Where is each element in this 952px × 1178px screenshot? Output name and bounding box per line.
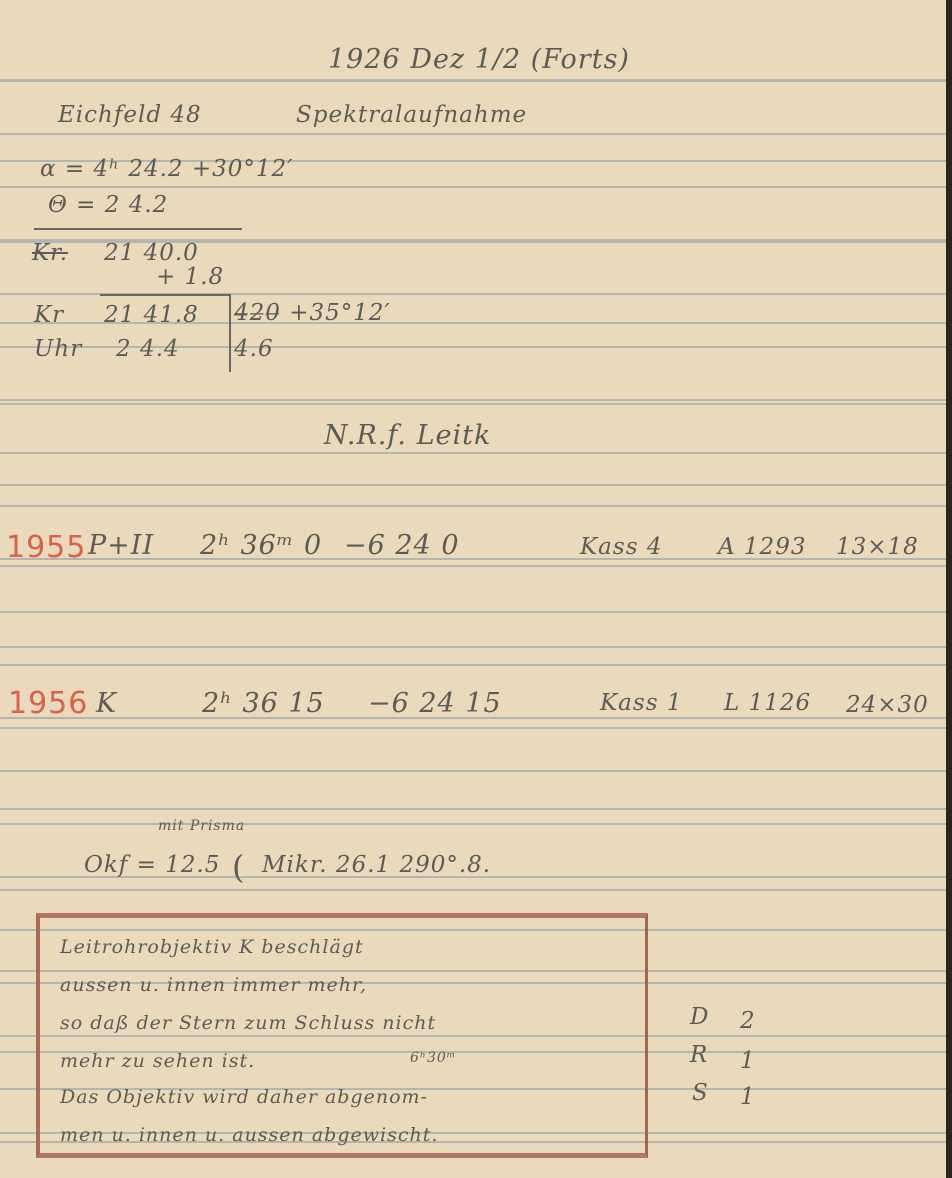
ruled-line — [0, 664, 946, 666]
rating-value: 2 — [740, 1008, 756, 1034]
calc-row-1-add: + 1.8 — [156, 264, 224, 290]
ruled-line — [0, 452, 946, 454]
field-name: Eichfeld 48 — [58, 102, 202, 128]
rating-label: R — [690, 1042, 708, 1068]
uhr-label: Uhr — [34, 336, 82, 362]
entry-plate: A 1293 — [718, 534, 806, 560]
date-heading: 1926 Dez 1/2 (Forts) — [328, 44, 630, 75]
notebook-page: 1926 Dez 1/2 (Forts) Eichfeld 48 Spektra… — [0, 0, 946, 1178]
bracket-mark: ( — [232, 848, 245, 886]
page-edge — [946, 0, 952, 1178]
kr-label: Kr — [34, 302, 64, 328]
entry-ra: 2ʰ 36ᵐ 0 — [200, 530, 322, 561]
entry-cassette: Kass 1 — [600, 690, 682, 716]
note-time-insert: 6ʰ30ᵐ — [410, 1050, 456, 1066]
uhr-side-value: 4.6 — [234, 336, 274, 362]
ruled-line — [0, 611, 946, 613]
sum-underline-2 — [100, 294, 230, 296]
micrometer-reading: Mikr. 26.1 290°.8. — [262, 852, 491, 878]
rating-label: S — [692, 1080, 709, 1106]
section-title: N.R.f. Leitk — [324, 420, 491, 451]
entry-ra: 2ʰ 36 15 — [202, 688, 325, 719]
uhr-values: 2 4.4 — [116, 336, 180, 362]
ruled-line — [0, 186, 946, 188]
note-line: Das Objektiv wird daher abgenom- — [60, 1086, 428, 1108]
field-title: Spektralaufnahme — [296, 102, 527, 128]
calc-row-1: 21 40.0 — [104, 240, 199, 266]
prism-note: mit Prisma — [158, 818, 245, 834]
entry-plate-size: 24×30 — [846, 692, 929, 718]
entry-cassette: Kass 4 — [580, 534, 662, 560]
ruled-line — [0, 80, 946, 82]
entry-object: K — [96, 688, 117, 719]
alpha-coordinates: α = 4ʰ 24.2 +30°12′ — [40, 156, 293, 182]
entry-object: P+II — [88, 530, 154, 561]
okular-focal: Okf = 12.5 — [84, 852, 220, 878]
note-line: aussen u. innen immer mehr, — [60, 974, 367, 996]
ruled-line — [0, 770, 946, 772]
note-line: men u. innen u. aussen abgewischt. — [60, 1124, 438, 1146]
sum-underline — [34, 228, 242, 230]
struck-label: Kr. — [32, 240, 68, 266]
rating-value: 1 — [740, 1048, 756, 1074]
note-line: so daß der Stern zum Schluss nicht — [60, 1012, 436, 1034]
note-line: mehr zu sehen ist. — [60, 1050, 255, 1072]
ruled-line — [0, 133, 946, 135]
ruled-line — [0, 399, 946, 401]
entry-dec: −6 24 15 — [368, 688, 502, 719]
rating-label: D — [690, 1004, 709, 1030]
note-line: Leitrohrobjektiv K beschlägt — [60, 936, 364, 958]
entry-plate-size: 13×18 — [836, 534, 919, 560]
theta-value: Θ = 2 4.2 — [48, 192, 168, 218]
ruled-line — [0, 823, 946, 825]
rating-value: 1 — [740, 1084, 756, 1110]
kr-values: 21 41.8 — [104, 302, 199, 328]
red-plate-number: 1956 — [8, 686, 88, 721]
ruled-line — [0, 505, 946, 507]
entry-plate: L 1126 — [724, 690, 811, 716]
red-plate-number: 1955 — [6, 530, 86, 565]
column-divider — [229, 294, 231, 372]
entry-dec: −6 24 0 — [344, 530, 460, 561]
kr-side-values: 4̶2̶0̶ +35°12′ — [234, 300, 391, 326]
